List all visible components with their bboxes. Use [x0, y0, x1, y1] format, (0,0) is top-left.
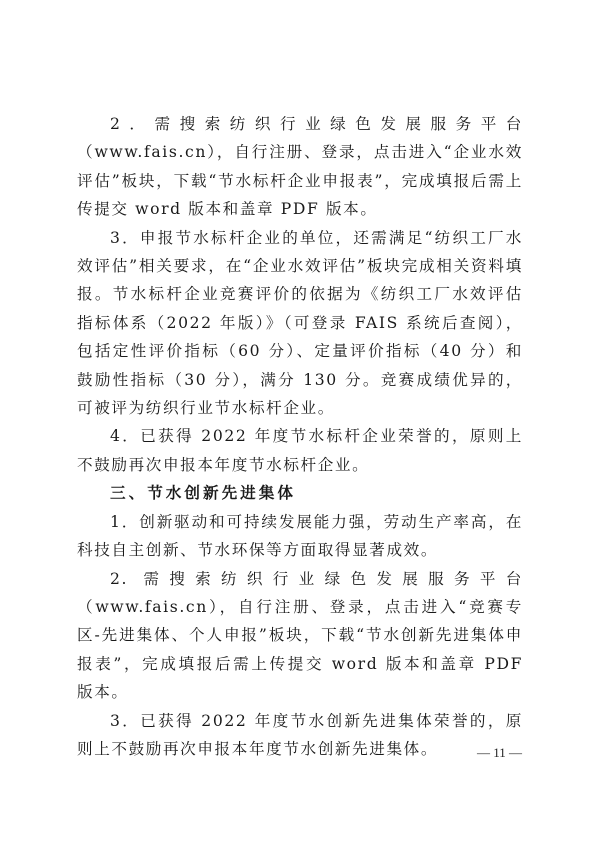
page-number: — 11 — — [477, 745, 522, 761]
paragraph-2-platform-registration: 2．需搜索纺织行业绿色发展服务平台（www.fais.cn），自行注册、登录，点… — [77, 110, 523, 224]
paragraph-4-prior-honor: 4．已获得 2022 年度节水标杆企业荣誉的，原则上不鼓励再次申报本年度节水标杆… — [77, 422, 523, 479]
paragraph-collective-2: 2. 需搜索纺织行业绿色发展服务平台（www.fais.cn），自行注册、登录，… — [77, 565, 523, 707]
document-body: 2．需搜索纺织行业绿色发展服务平台（www.fais.cn），自行注册、登录，点… — [77, 110, 523, 763]
paragraph-3-evaluation-criteria: 3．申报节水标杆企业的单位，还需满足“纺织工厂水效评估”相关要求，在“企业水效评… — [77, 224, 523, 423]
section-heading-advanced-collective: 三、节水创新先进集体 — [77, 479, 523, 507]
paragraph-collective-1: 1．创新驱动和可持续发展能力强，劳动生产率高，在科技自主创新、节水环保等方面取得… — [77, 508, 523, 565]
paragraph-collective-3: 3．已获得 2022 年度节水创新先进集体荣誉的，原则上不鼓励再次申报本年度节水… — [77, 707, 523, 764]
